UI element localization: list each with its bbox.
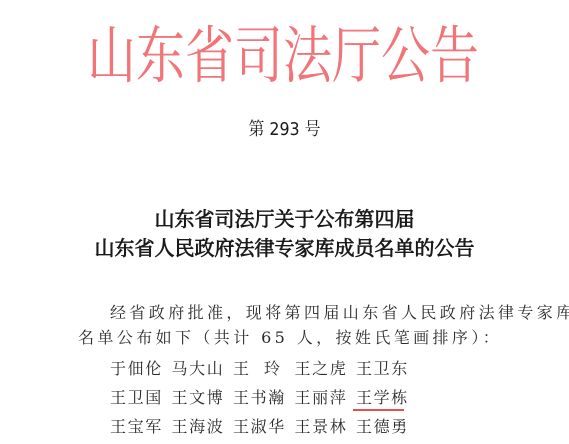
list-item: 于佃伦	[110, 358, 172, 380]
masthead-title: 山东省司法厅公告	[88, 16, 480, 96]
list-item: 王丽萍	[295, 387, 357, 409]
list-item: 王文博	[172, 387, 234, 409]
list-item: 王景林	[295, 416, 357, 438]
list-item: 王宝军	[110, 416, 172, 438]
document-number: 第 293 号	[34, 117, 535, 143]
name-row: 于佃伦 马大山 王 玲 王之虎 王卫东	[110, 354, 418, 383]
list-item: 王书瀚	[233, 387, 295, 409]
name-row: 王宝军 王海波 王淑华 王景林 王德勇	[110, 412, 418, 441]
list-item: 王卫东	[356, 358, 418, 380]
list-item: 王淑华	[233, 416, 295, 438]
body-paragraph-line-2: 名单公布如下（共计 65 人，按姓氏笔画排序）：	[78, 327, 502, 349]
announcement-title-line-1: 山东省司法厅关于公布第四届	[0, 205, 569, 233]
list-item: 王德勇	[356, 416, 418, 438]
list-item-highlighted: 王学栋	[356, 387, 418, 409]
masthead: 山东省司法厅公告	[0, 16, 569, 96]
name-row: 王卫国 王文博 王书瀚 王丽萍 王学栋	[110, 383, 418, 412]
list-item: 王 玲	[233, 358, 295, 380]
list-item: 王之虎	[295, 358, 357, 380]
expert-name-list: 于佃伦 马大山 王 玲 王之虎 王卫东 王卫国 王文博 王书瀚 王丽萍 王学栋 …	[110, 354, 418, 441]
list-item: 王海波	[172, 416, 234, 438]
announcement-title-line-2: 山东省人民政府法律专家库成员名单的公告	[0, 234, 569, 262]
list-item: 王卫国	[110, 387, 172, 409]
highlight-underline	[353, 409, 404, 411]
body-paragraph-line-1: 经省政府批准，现将第四届山东省人民政府法律专家库成员	[110, 302, 569, 324]
list-item: 马大山	[172, 358, 234, 380]
